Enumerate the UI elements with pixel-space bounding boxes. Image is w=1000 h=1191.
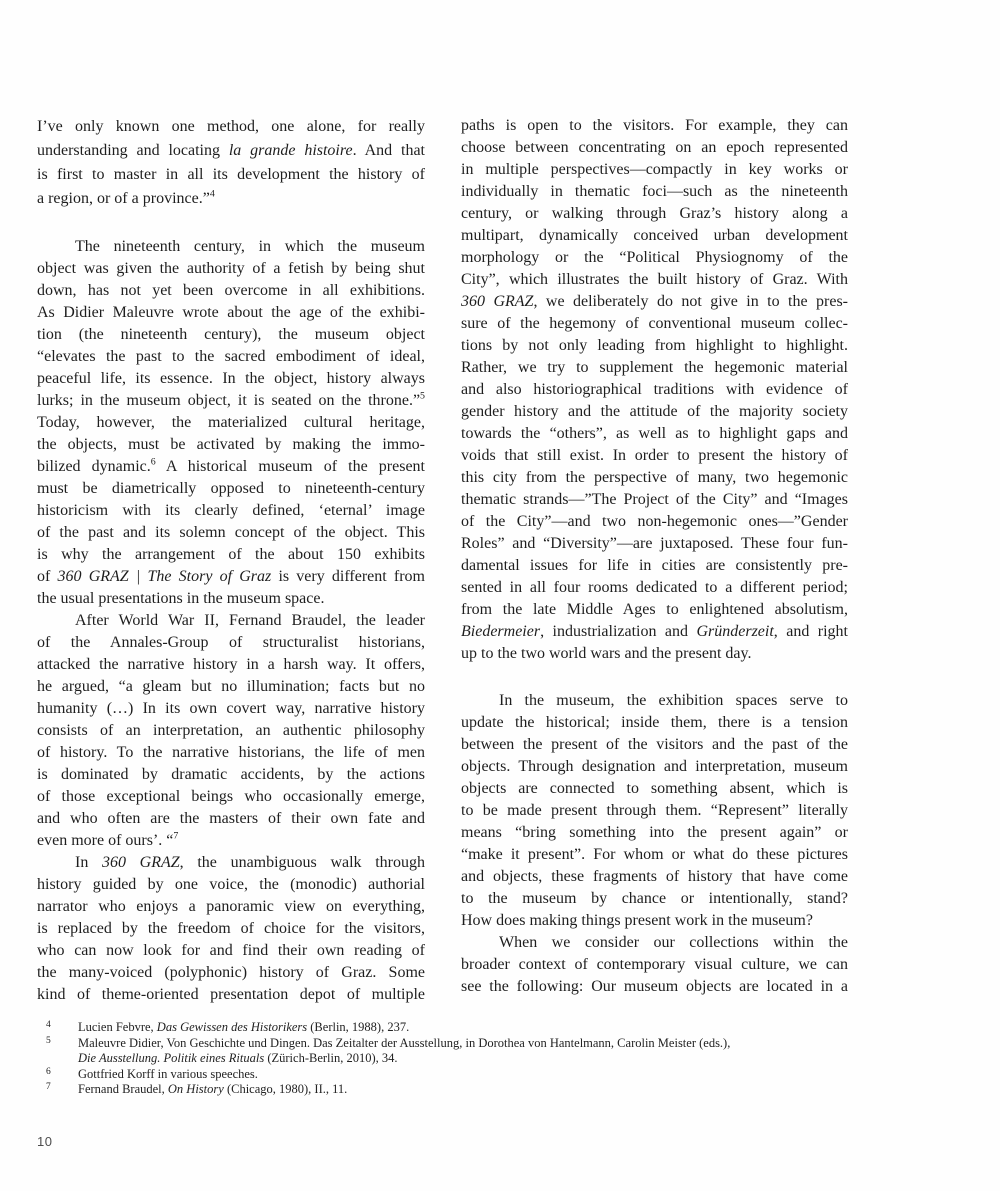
text-line: up to the two world wars and the present… [461,643,848,665]
text-line: humanity (…) In its own covert way, narr… [37,698,425,720]
text-line: understanding and locating la grande his… [37,139,425,163]
text-line: lurks; in the museum object, it is seate… [37,390,425,412]
text-line: who can now look for and find their own … [37,940,425,962]
text-line: is dominated by dramatic accidents, by t… [37,764,425,786]
footnote-number: 6 [46,1065,78,1081]
footnote-number: 4 [46,1018,78,1034]
text-line: City”, which illustrates the built histo… [461,269,848,291]
text-line: “make it present”. For whom or what do t… [461,844,848,866]
text-line: gender history and the attitude of the m… [461,401,848,423]
text-line: century, or walking through Graz’s histo… [461,203,848,225]
text-line: means “bring something into the present … [461,822,848,844]
text-line: sented in all four rooms dedicated to a … [461,577,848,599]
text-line: and objects, these fragments of history … [461,866,848,888]
text-column-left: I’ve only known one method, one alone, f… [37,115,425,1006]
paragraph: In 360 GRAZ, the unambiguous walk throug… [37,852,425,1006]
text-line: In 360 GRAZ, the unambiguous walk throug… [37,852,425,874]
text-line: must be diametrically opposed to ninetee… [37,478,425,500]
paragraph: I’ve only known one method, one alone, f… [37,115,425,211]
text-line: the usual presentations in the museum sp… [37,588,425,610]
text-line: damental issues for life in cities are c… [461,555,848,577]
footnote-item: 4Lucien Febvre, Das Gewissen des Histori… [46,1020,916,1036]
text-line: to be made present through them. “Repres… [461,800,848,822]
footnote-line: Fernand Braudel, On History (Chicago, 19… [78,1082,916,1098]
footnote-number: 7 [46,1080,78,1096]
footnote-item: 7Fernand Braudel, On History (Chicago, 1… [46,1082,916,1098]
text-line: the objects, must be activated by making… [37,434,425,456]
text-line: sure of the hegemony of conventional mus… [461,313,848,335]
footnote-text: Lucien Febvre, Das Gewissen des Historik… [78,1020,916,1036]
text-column-right: paths is open to the visitors. For examp… [461,115,848,998]
text-line: thematic strands—”The Project of the Cit… [461,489,848,511]
text-line: he argued, “a gleam but no illumination;… [37,676,425,698]
text-line: choose between concentrating on an epoch… [461,137,848,159]
footnote-line: Lucien Febvre, Das Gewissen des Historik… [78,1020,916,1036]
text-line: 360 GRAZ, we deliberately do not give in… [461,291,848,313]
text-line: towards the “others”, as well as to high… [461,423,848,445]
text-line: In the museum, the exhibition spaces ser… [461,690,848,712]
text-line: objects. Through designation and interpr… [461,756,848,778]
text-line: bilized dynamic.6 A historical museum of… [37,456,425,478]
text-line: peaceful life, its essence. In the objec… [37,368,425,390]
text-line: see the following: Our museum objects ar… [461,976,848,998]
footnote-line: Maleuvre Didier, Von Geschichte und Ding… [78,1036,916,1052]
text-line: narrator who enjoys a panoramic view on … [37,896,425,918]
text-line: of history. To the narrative historians,… [37,742,425,764]
text-line: historicism with its clearly defined, ‘e… [37,500,425,522]
footnotes: 4Lucien Febvre, Das Gewissen des Histori… [46,1020,916,1098]
text-line: object was given the authority of a feti… [37,258,425,280]
footnote-item: 6Gottfried Korff in various speeches. [46,1067,916,1083]
paragraph: The nineteenth century, in which the mus… [37,236,425,610]
text-line: between the present of the visitors and … [461,734,848,756]
text-line: of the City”—and two non-hegemonic ones—… [461,511,848,533]
text-line: Biedermeier, industrialization and Gründ… [461,621,848,643]
text-line: voids that still exist. In order to pres… [461,445,848,467]
text-line: of 360 GRAZ | The Story of Graz is very … [37,566,425,588]
text-line: broader context of contemporary visual c… [461,954,848,976]
footnote-text: Maleuvre Didier, Von Geschichte und Ding… [78,1036,916,1067]
text-line: As Didier Maleuvre wrote about the age o… [37,302,425,324]
text-line: I’ve only known one method, one alone, f… [37,115,425,139]
text-line: How does making things present work in t… [461,910,848,932]
text-line: this city from the perspective of many, … [461,467,848,489]
text-line: Rather, we try to supplement the hegemon… [461,357,848,379]
text-line: of the Annales-Group of structuralist hi… [37,632,425,654]
footnote-text: Fernand Braudel, On History (Chicago, 19… [78,1082,916,1098]
paragraph: After World War II, Fernand Braudel, the… [37,610,425,852]
text-line: in multiple perspectives—compactly in ke… [461,159,848,181]
footnote-line: Gottfried Korff in various speeches. [78,1067,916,1083]
text-line: Today, however, the materialized cultura… [37,412,425,434]
text-line: objects are connected to something absen… [461,778,848,800]
text-line: update the historical; inside them, ther… [461,712,848,734]
text-line: the many-voiced (polyphonic) history of … [37,962,425,984]
text-line: attacked the narrative history in a hars… [37,654,425,676]
text-line: tion (the nineteenth century), the museu… [37,324,425,346]
text-line: After World War II, Fernand Braudel, the… [37,610,425,632]
footnote-item: 5Maleuvre Didier, Von Geschichte und Din… [46,1036,916,1067]
text-line: a region, or of a province.”4 [37,187,425,211]
text-line: from the late Middle Ages to enlightened… [461,599,848,621]
text-line: history guided by one voice, the (monodi… [37,874,425,896]
text-line: multipart, dynamically conceived urban d… [461,225,848,247]
text-line: kind of theme-oriented presentation depo… [37,984,425,1006]
text-line: When we consider our collections within … [461,932,848,954]
footnote-number: 5 [46,1034,78,1050]
text-line: is replaced by the freedom of choice for… [37,918,425,940]
text-line: and also historiographical traditions wi… [461,379,848,401]
text-line: even more of ours’. “7 [37,830,425,852]
paragraph: paths is open to the visitors. For examp… [461,115,848,665]
paragraph: When we consider our collections within … [461,932,848,998]
text-line: morphology or the “Political Physiognomy… [461,247,848,269]
text-line: consists of an interpretation, an authen… [37,720,425,742]
text-line: “elevates the past to the sacred embodim… [37,346,425,368]
text-line: tions by not only leading from highlight… [461,335,848,357]
text-line: The nineteenth century, in which the mus… [37,236,425,258]
text-line: Roles” and “Diversity”—are juxtaposed. T… [461,533,848,555]
text-line: is why the arrangement of the about 150 … [37,544,425,566]
footnote-text: Gottfried Korff in various speeches. [78,1067,916,1083]
page-number: 10 [37,1134,52,1149]
text-line: and who often are the masters of their o… [37,808,425,830]
book-page: I’ve only known one method, one alone, f… [0,0,1000,1191]
text-line: down, has not yet been overcome in all e… [37,280,425,302]
text-line: is first to master in all its developmen… [37,163,425,187]
text-line: of the past and its solemn concept of th… [37,522,425,544]
paragraph: In the museum, the exhibition spaces ser… [461,690,848,932]
text-line: to the museum by chance or intentionally… [461,888,848,910]
text-line: paths is open to the visitors. For examp… [461,115,848,137]
text-line: individually in thematic foci—such as th… [461,181,848,203]
footnote-line: Die Ausstellung. Politik eines Rituals (… [78,1051,916,1067]
text-line: of those exceptional beings who occasion… [37,786,425,808]
